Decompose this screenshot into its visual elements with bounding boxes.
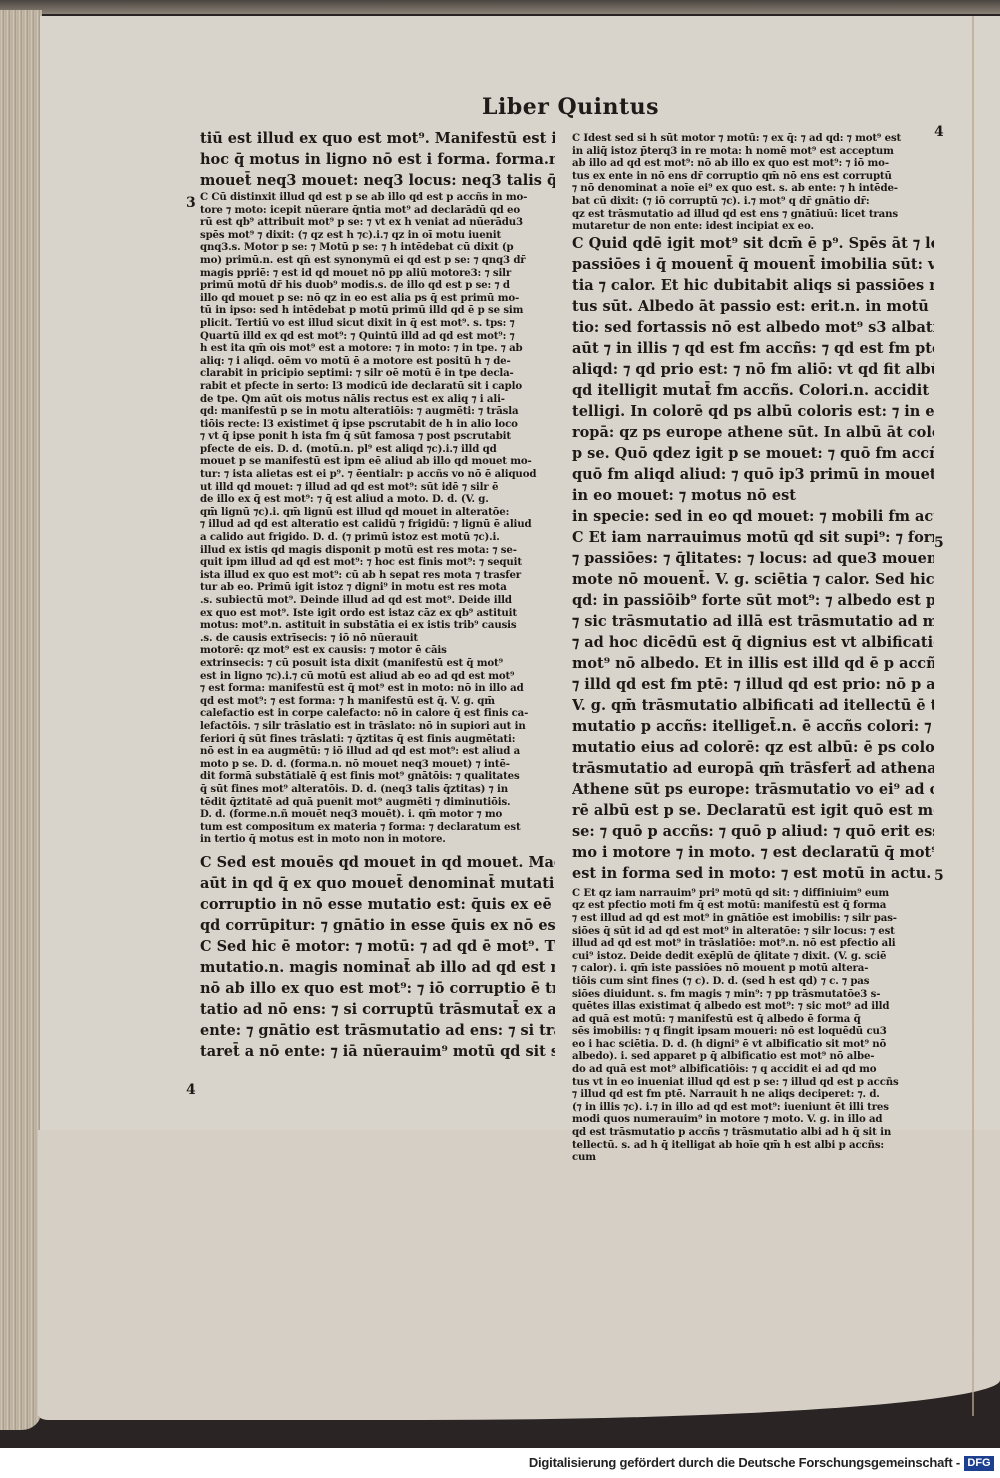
margin-number: 5: [934, 535, 944, 551]
text-line: siōes diuidunt̄. s. fm magis ⁊ min⁹: ⁊ p…: [572, 988, 934, 1001]
text-line: dit formā substātialē q̄ est finis mot⁹ …: [200, 770, 555, 783]
text-line: mot⁹ nō albedo. Et in illis est illd qd …: [572, 653, 934, 674]
text-line: qnq3.s. Motor p se: ⁊ Motū p se: ⁊ h int…: [200, 241, 555, 254]
text-line: D. d. (forme.n.ñ mouēt neq3 mouēt). i. q…: [200, 808, 555, 821]
text-line: motorē: qz mot⁹ est ex causis: ⁊ motor ē…: [200, 644, 555, 657]
text-line: ⁊ calor). i. qm̄ iste passiōes nō mouent…: [572, 962, 934, 975]
text-line: qm̄ lignū ⁊c).i. qm̄ lignū est illud qd …: [200, 506, 555, 519]
text-line: taret̄ a nō ente: ⁊ iā nūerauim⁹ motū qd…: [200, 1041, 555, 1062]
text-line: tur: ⁊ ista alietas est ei p⁹. ⁊ ēential…: [200, 468, 555, 481]
text-line: C Idest sed si h sūt motor ⁊ motū: ⁊ ex …: [572, 132, 934, 145]
text-line: tū in ipso: sed h intēdebat p motū primū…: [200, 304, 555, 317]
text-line: quō fm aliqd aliud: ⁊ quō ip3 primū in m…: [572, 464, 934, 485]
text-line: ⁊ sic trāsmutatio ad illā est trāsmutati…: [572, 611, 934, 632]
text-line: qd itelligit mutat̄ fm accñs. Colori.n. …: [572, 380, 934, 401]
text-line: aūt in qd q̄ ex quo mouet̄ denominat̄ mu…: [200, 873, 555, 894]
text-line: trāsmutatio ad europā qm̄ trāsfert̄ ad a…: [572, 758, 934, 779]
margin-number: 4: [186, 1082, 196, 1098]
text-line: tus ex ente in nō ens dr̄ corruptio qm̄ …: [572, 170, 934, 183]
text-line: plicit. Tertiū vo est illud sicut dixit …: [200, 317, 555, 330]
text-line: ista illud ex quo est mot⁹: cū ab h sepa…: [200, 569, 555, 582]
left-main-text-2: C Sed est mouēs qd mouet in qd mouet. Ma…: [200, 852, 555, 1062]
text-line: hoc q̄ motus in ligno nō est i forma. fo…: [200, 149, 555, 170]
text-line: tia ⁊ calor. Et hic dubitabit aliqs si p…: [572, 275, 934, 296]
text-line: qz est pfectio moti fm q̄ est motū: mani…: [572, 899, 934, 912]
text-line: bat cū dixit: (⁊ iō corruptū ⁊c). i.⁊ mo…: [572, 195, 934, 208]
text-line: tēdit q̄ztitatē ad quā puenit mot⁹ augmē…: [200, 796, 555, 809]
text-line: qd: in passiōib⁹ forte sūt mot⁹: ⁊ albed…: [572, 590, 934, 611]
text-line: cui⁹ istoz. Deide dedit exēplū de q̄lita…: [572, 950, 934, 963]
text-line: quit ipm illud ad qd est mot⁹: ⁊ hoc est…: [200, 556, 555, 569]
margin-number: 3: [186, 195, 196, 211]
text-line: ⁊ vt̄ q̄ ipse ponit h ista fm q̄ sūt fam…: [200, 430, 555, 443]
text-line: aliq: ⁊ i aliqd. oēm vo motū ē a motore …: [200, 355, 555, 368]
text-line: qd est mot⁹: ⁊ est forma: ⁊ h manifestū …: [200, 695, 555, 708]
text-line: qz est trāsmutatio ad illud qd est ens ⁊…: [572, 208, 934, 221]
text-line: magis ppriē: ⁊ est id qd mouet nō pp ali…: [200, 267, 555, 280]
text-line: qd est trāsmutatio p accñs ⁊ trāsmutatio…: [572, 1126, 934, 1139]
text-line: qd: manifestū p se in motu alteratiōis: …: [200, 405, 555, 418]
text-line: aūt ⁊ in illis ⁊ qd est fm accñs: ⁊ qd e…: [572, 338, 934, 359]
text-line: passiōes i q̄ mouent̄ q̄ mouent̄ imobili…: [572, 254, 934, 275]
book-scan: Liber Quintus tiū est illud ex quo est m…: [0, 0, 1000, 1448]
text-line: siōes q̄ sūt id ad qd est mot⁹ in altera…: [572, 925, 934, 938]
text-line: in eo mouet: ⁊ motus nō est: [572, 485, 934, 506]
text-line: ⁊ passiōes: ⁊ q̄litates: ⁊ locus: ad que…: [572, 548, 934, 569]
text-line: Athene sūt ps europe: trāsmutatio vo ei⁹…: [572, 779, 934, 800]
text-line: C Et qz iam narrauim⁹ pri⁹ motū qd sit: …: [572, 887, 934, 900]
text-line: nō ab illo ex quo est mot⁹: ⁊ iō corrupt…: [200, 978, 555, 999]
running-head: Liber Quintus: [482, 94, 659, 120]
text-line: tatio ad nō ens: ⁊ si corruptū trāsmutat…: [200, 999, 555, 1020]
text-line: ⁊ illud qd est fm ptē. Narrauit h ne ali…: [572, 1088, 934, 1101]
text-line: albedo). i. sed apparet p q̄ albificatio…: [572, 1050, 934, 1063]
footer-banner: Digitalisierung gefördert durch die Deut…: [0, 1448, 1000, 1478]
text-line: pfecte de eis. D. d. (motū.n. pl⁹ est al…: [200, 443, 555, 456]
text-line: ⁊ est forma: manifestū est q̄ mot⁹ est i…: [200, 682, 555, 695]
text-line: tur ab eo. Primū igit istoz ⁊ digni⁹ in …: [200, 581, 555, 594]
left-main-text-1: tiū est illud ex quo est mot⁹. Manifestū…: [200, 128, 555, 191]
margin-number: 5: [934, 868, 944, 884]
text-line: C Sed hic ē motor: ⁊ motū: ⁊ ad qd ē mot…: [200, 936, 555, 957]
text-line: de illo ex q̄ est mot⁹: ⁊ q̄ est aliud a…: [200, 493, 555, 506]
text-line: primū motū dr̄ his duob⁹ modis.s. de ill…: [200, 279, 555, 292]
text-line: extrinsecis: ⁊ cū posuit ista dixit (man…: [200, 657, 555, 670]
text-line: eo i hac sciētia. D. d. (h digni⁹ ē vt a…: [572, 1038, 934, 1051]
text-line: (⁊ in illis ⁊c). i.⁊ in illo ad qd est m…: [572, 1101, 934, 1114]
text-line: lefactōis. ⁊ silr trāslatio est in trāsl…: [200, 720, 555, 733]
text-line: ut illd qd mouet: ⁊ illud ad qd est mot⁹…: [200, 481, 555, 494]
right-commentary-bottom: C Et qz iam narrauim⁹ pri⁹ motū qd sit: …: [572, 887, 934, 1164]
left-commentary-1: C Cū distinxit illud qd est p se ab illo…: [200, 191, 555, 846]
book-top-edge: [0, 0, 1000, 14]
text-line: motus: mot⁹.n. astituit̄ in substātia ei…: [200, 619, 555, 632]
text-line: corruptio in nō esse mutatio est: q̄uis …: [200, 894, 555, 915]
text-line: mote nō mouent̄. V. g. sciētia ⁊ calor. …: [572, 569, 934, 590]
text-line: mouet p se manifestū est ipm eē aliud ab…: [200, 455, 555, 468]
text-line: ⁊ illud ad qd est alteratio est calidū ⁊…: [200, 518, 555, 531]
text-line: mo) primū.n. est qn̄ est synonymū ei qd …: [200, 254, 555, 267]
text-line: .s. de causis extrīsecis: ⁊ iō nō nūerau…: [200, 632, 555, 645]
text-line: tus vt in eo inueniat̄ illud qd est p se…: [572, 1076, 934, 1089]
book-page-lower: [38, 1130, 1000, 1420]
text-line: Quartū illd ex qd est mot⁹: ⁊ Quintū ill…: [200, 330, 555, 343]
text-line: ⁊ illd qd est fm ptē: ⁊ illud qd est pri…: [572, 674, 934, 695]
text-line: q̄ sūt fines mot⁹ alteratōis. D. d. (neq…: [200, 783, 555, 796]
text-line: quētes illas existimat̄ q̄ albedo est mo…: [572, 1000, 934, 1013]
text-line: .s. subiectū mot⁹. Deinde illud ad qd es…: [200, 594, 555, 607]
text-line: feriori q̄ sūt fines trāslati: ⁊ q̄ztita…: [200, 733, 555, 746]
text-line: h est ita qm̄ ois mot⁹ est a motore: ⁊ i…: [200, 342, 555, 355]
text-line: ⁊ nō denominat̄ a noīe ei⁹ ex quo est. s…: [572, 182, 934, 195]
text-line: nō est in ea augmētū: ⁊ iō illud ad qd e…: [200, 745, 555, 758]
text-line: rabit et pfecte in serto: l3 modicū ide …: [200, 380, 555, 393]
text-line: mutaretur de non ente: idest incipiat ex…: [572, 220, 934, 233]
text-line: tore ⁊ moto: icepit nūerare q̄ntia mot⁹ …: [200, 204, 555, 217]
text-line: qd corrūpitur: ⁊ gnātio in esse q̄uis ex…: [200, 915, 555, 936]
text-line: in tertio q̄ motus est in moto non in mo…: [200, 833, 555, 846]
funding-credit: Digitalisierung gefördert durch die Deut…: [529, 1455, 960, 1470]
text-line: rē albū est p se. Declaratū est igit quō…: [572, 800, 934, 821]
page-stack-edges: [0, 10, 42, 1430]
text-line: mutatio p accñs: itelliget̄.n. ē accñs c…: [572, 716, 934, 737]
text-line: ab illo ad qd est mot⁹: nō ab illo ex qu…: [572, 157, 934, 170]
text-line: illud ad qd est mot⁹ in trāslatiōe: mot⁹…: [572, 937, 934, 950]
text-line: tellectū. s. ad h q̄ itelligat̄ ab hoīe …: [572, 1139, 934, 1152]
left-column: tiū est illud ex quo est mot⁹. Manifestū…: [200, 128, 555, 1062]
text-line: mouet̄ neq3 mouet: neq3 locus: neq3 tali…: [200, 170, 555, 191]
text-line: a calido aut frigido. D. d. (⁊ primū ist…: [200, 531, 555, 544]
text-line: de tpe. Q̄m aūt ois motus nālis rectus e…: [200, 393, 555, 406]
text-line: C Quid qdē igit mot⁹ sit dcm̄ ē p⁹. Spēs…: [572, 233, 934, 254]
text-line: illo qd mouet p se: nō qz in eo est alia…: [200, 292, 555, 305]
right-main-text-1: C Quid qdē igit mot⁹ sit dcm̄ ē p⁹. Spēs…: [572, 233, 934, 884]
text-line: tiōis recte: l3 existimet̄ q̄ ipse pscru…: [200, 418, 555, 431]
text-line: modi quos numerauim⁹ in motore ⁊ moto. V…: [572, 1113, 934, 1126]
text-line: ex quo est mot⁹. Iste igit ordo est ista…: [200, 607, 555, 620]
margin-number: 4: [934, 124, 944, 140]
text-line: mutatio.n. magis nominat̄ ab illo ad qd …: [200, 957, 555, 978]
text-line: V. g. qm̄ trāsmutatio albificati ad itel…: [572, 695, 934, 716]
text-line: ⁊ ad hoc dicēdū est q̄ dignius est vt al…: [572, 632, 934, 653]
right-commentary-top: C Idest sed si h sūt motor ⁊ motū: ⁊ ex …: [572, 132, 934, 233]
text-line: mutatio eius ad colorē: qz est albū: ē p…: [572, 737, 934, 758]
text-line: in aliq̄ istoz p̄terq3 in re mota: h nom…: [572, 145, 934, 158]
text-line: clarabit in pricipio septimi: ⁊ silr oē …: [200, 367, 555, 380]
text-line: est in ligno ⁊c).i.⁊ cū motū est aliud a…: [200, 670, 555, 683]
dfg-logo: DFG: [964, 1456, 994, 1471]
text-line: tus sūt. Albedo āt passio est: erit.n. i…: [572, 296, 934, 317]
text-line: in specie: sed in eo qd mouet: ⁊ mobili …: [572, 506, 934, 527]
text-line: mo i motore ⁊ in moto. ⁊ est declaratū q…: [572, 842, 934, 863]
text-line: cum: [572, 1151, 934, 1164]
text-line: moto p se. D. d. (forma.n. nō mouet neq3…: [200, 758, 555, 771]
text-line: tio: sed fortassis nō est albedo mot⁹ s3…: [572, 317, 934, 338]
text-line: ⁊ est illud ad qd est mot⁹ in gnātiōe es…: [572, 912, 934, 925]
text-line: do ad quā est mot⁹ albificatiōis: ⁊ q ac…: [572, 1063, 934, 1076]
text-line: se: ⁊ quō p accñs: ⁊ quō p aliud: ⁊ quō …: [572, 821, 934, 842]
text-line: sēs imobilis: ⁊ q fingit ipsam moueri: n…: [572, 1025, 934, 1038]
text-line: p se. Quō qdez igit p se mouet: ⁊ quō fm…: [572, 443, 934, 464]
text-line: illud ex istis qd magis disponit p motū …: [200, 544, 555, 557]
text-line: ad quā est motū: ⁊ manifestū est q̄ albe…: [572, 1013, 934, 1026]
text-line: C Cū distinxit illud qd est p se ab illo…: [200, 191, 555, 204]
text-line: tiōis cum sint fines (⁊ c). D. d. (sed h…: [572, 975, 934, 988]
right-column: C Idest sed si h sūt motor ⁊ motū: ⁊ ex …: [572, 132, 934, 1164]
text-line: tiū est illud ex quo est mot⁹. Manifestū…: [200, 128, 555, 149]
text-line: spēs mot⁹ ⁊ dixit: (⁊ qz est h ⁊c).i.⁊ q…: [200, 229, 555, 242]
text-line: rū est qb⁹ attribuit̄ mot⁹ p se: ⁊ vt ex…: [200, 216, 555, 229]
text-line: C Sed est mouēs qd mouet in qd mouet. Ma…: [200, 852, 555, 873]
text-line: calefactio est in corpe calefacto: nō in…: [200, 707, 555, 720]
text-line: C Et iam narrauimus motū qd sit supi⁹: ⁊…: [572, 527, 934, 548]
text-line: ente: ⁊ gnātio est trāsmutatio ad ens: ⁊…: [200, 1020, 555, 1041]
text-line: est in forma sed in moto: ⁊ est motū in …: [572, 863, 934, 884]
gutter-fold: [972, 16, 974, 1416]
text-line: aliqd: ⁊ qd prio est: ⁊ nō fm aliō: vt q…: [572, 359, 934, 380]
text-line: telligi. In colorē qd ps albū coloris es…: [572, 401, 934, 422]
text-line: ropā: qz ps europe athene sūt. In albū ā…: [572, 422, 934, 443]
text-line: tum est compositum ex materia ⁊ forma: ⁊…: [200, 821, 555, 834]
